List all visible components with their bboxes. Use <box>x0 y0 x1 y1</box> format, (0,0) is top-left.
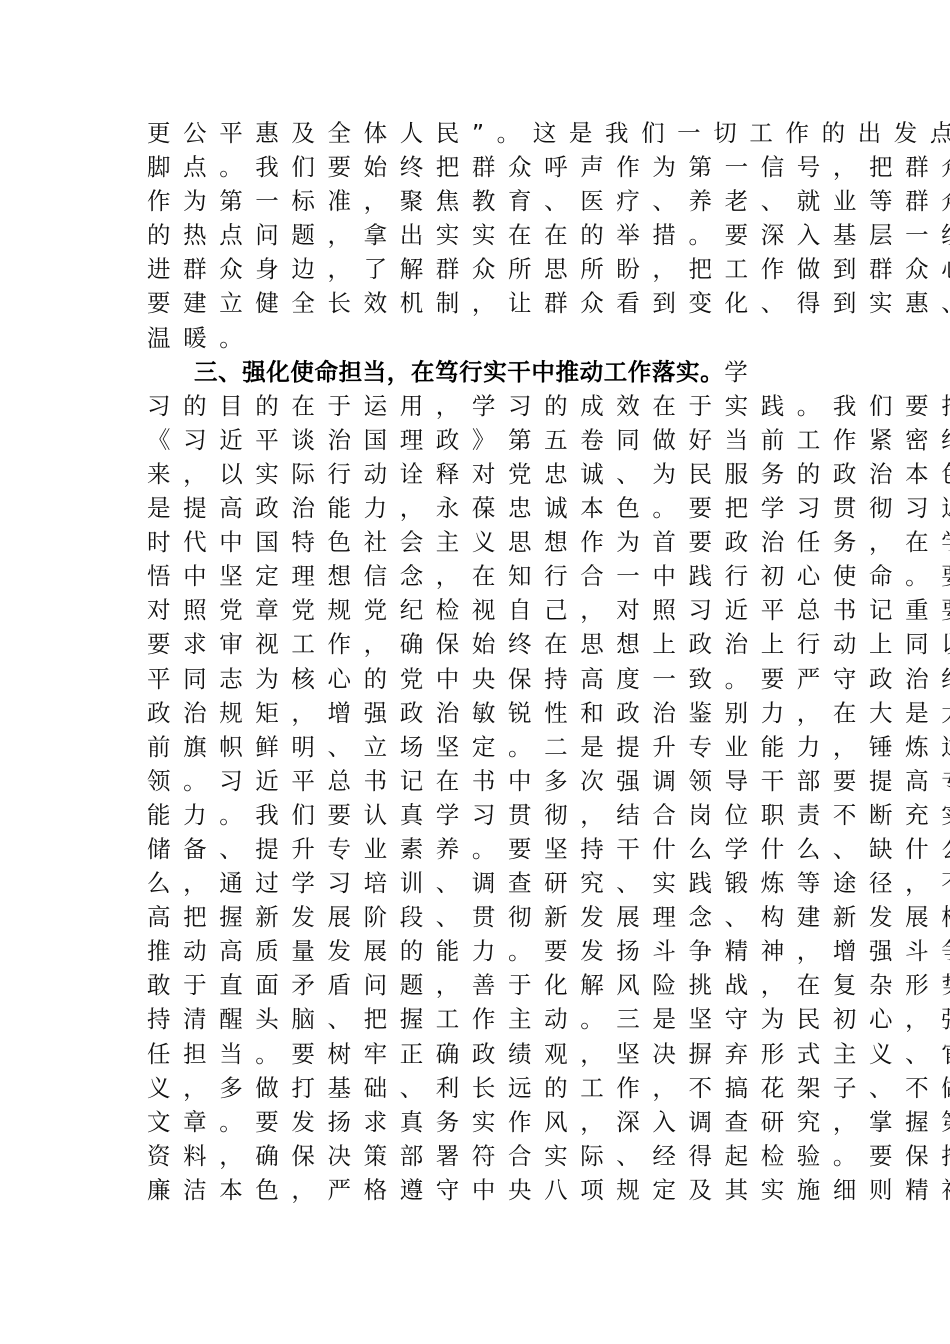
text-line: 悟中坚定理想信念，在知行合一中践行初心使命。要经常 <box>147 559 807 593</box>
text-line: 资料，确保决策部署符合实际、经得起检验。要保持清正 <box>147 1139 807 1173</box>
document-page: 更公平惠及全体人民”。这是我们一切工作的出发点和落 脚点。我们要始终把群众呼声作… <box>147 116 807 1207</box>
paragraph-people-centered: 更公平惠及全体人民”。这是我们一切工作的出发点和落 脚点。我们要始终把群众呼声作… <box>147 116 807 355</box>
heading-tail-text: 学 <box>724 358 760 386</box>
text-line: 能力。我们要认真学习贯彻，结合岗位职责不断充实知识 <box>147 798 807 832</box>
text-line: 《习近平谈治国理政》第五卷同做好当前工作紧密结合起 <box>147 423 807 457</box>
paragraph-section-3: 三、强化使命担当，在笃行实干中推动工作落实。学 习的目的在于运用，学习的成效在于… <box>147 355 807 1207</box>
text-line: 脚点。我们要始终把群众呼声作为第一信号，把群众满意 <box>147 150 807 184</box>
text-line: 义，多做打基础、利长远的工作，不搞花架子、不做表面 <box>147 1071 807 1105</box>
text-line: 来，以实际行动诠释对党忠诚、为民服务的政治本色。一 <box>147 457 807 491</box>
section-heading-line: 三、强化使命担当，在笃行实干中推动工作落实。学 <box>147 355 807 389</box>
text-line: 么，通过学习培训、调查研究、实践锻炼等途径，不断提 <box>147 866 807 900</box>
text-line: 持清醒头脑、把握工作主动。三是坚守为民初心，强化责 <box>147 1002 807 1036</box>
text-line: 推动高质量发展的能力。要发扬斗争精神，增强斗争本领 <box>147 934 807 968</box>
text-line: 高把握新发展阶段、贯彻新发展理念、构建新发展格局、 <box>147 900 807 934</box>
text-line: 要求审视工作，确保始终在思想上政治上行动上同以习近 <box>147 627 807 661</box>
text-line: 时代中国特色社会主义思想作为首要政治任务，在学思践 <box>147 525 807 559</box>
text-line: 温暖。 <box>147 321 807 355</box>
text-line: 对照党章党规党纪检视自己，对照习近平总书记重要指示 <box>147 593 807 627</box>
text-line: 更公平惠及全体人民”。这是我们一切工作的出发点和落 <box>147 116 807 150</box>
text-line: 政治规矩，增强政治敏锐性和政治鉴别力，在大是大非面 <box>147 696 807 730</box>
text-line: 平同志为核心的党中央保持高度一致。要严守政治纪律和 <box>147 662 807 696</box>
text-line: 前旗帜鲜明、立场坚定。二是提升专业能力，锤炼过硬本 <box>147 730 807 764</box>
text-line: 作为第一标准，聚焦教育、医疗、养老、就业等群众关心 <box>147 184 807 218</box>
text-line: 廉洁本色，严格遵守中央八项规定及其实施细则精神，自 <box>147 1173 807 1207</box>
text-line: 进群众身边，了解群众所思所盼，把工作做到群众心坎上 <box>147 252 807 286</box>
text-line: 的热点问题，拿出实实在在的举措。要深入基层一线，走 <box>147 218 807 252</box>
text-line: 储备、提升专业素养。要坚持干什么学什么、缺什么补什 <box>147 832 807 866</box>
text-line: 要建立健全长效机制，让群众看到变化、得到实惠、感到 <box>147 286 807 320</box>
text-line: 任担当。要树牢正确政绩观，坚决摒弃形式主义、官僚主 <box>147 1037 807 1071</box>
text-line: 敢于直面矛盾问题，善于化解风险挑战，在复杂形势中保 <box>147 968 807 1002</box>
text-line: 领。习近平总书记在书中多次强调领导干部要提高专业化 <box>147 764 807 798</box>
section-heading: 三、强化使命担当，在笃行实干中推动工作落实。 <box>194 358 724 386</box>
text-line: 是提高政治能力，永葆忠诚本色。要把学习贯彻习近平新 <box>147 491 807 525</box>
text-line: 习的目的在于运用，学习的成效在于实践。我们要把学习 <box>147 389 807 423</box>
text-line: 文章。要发扬求真务实作风，深入调查研究，掌握第一手 <box>147 1105 807 1139</box>
